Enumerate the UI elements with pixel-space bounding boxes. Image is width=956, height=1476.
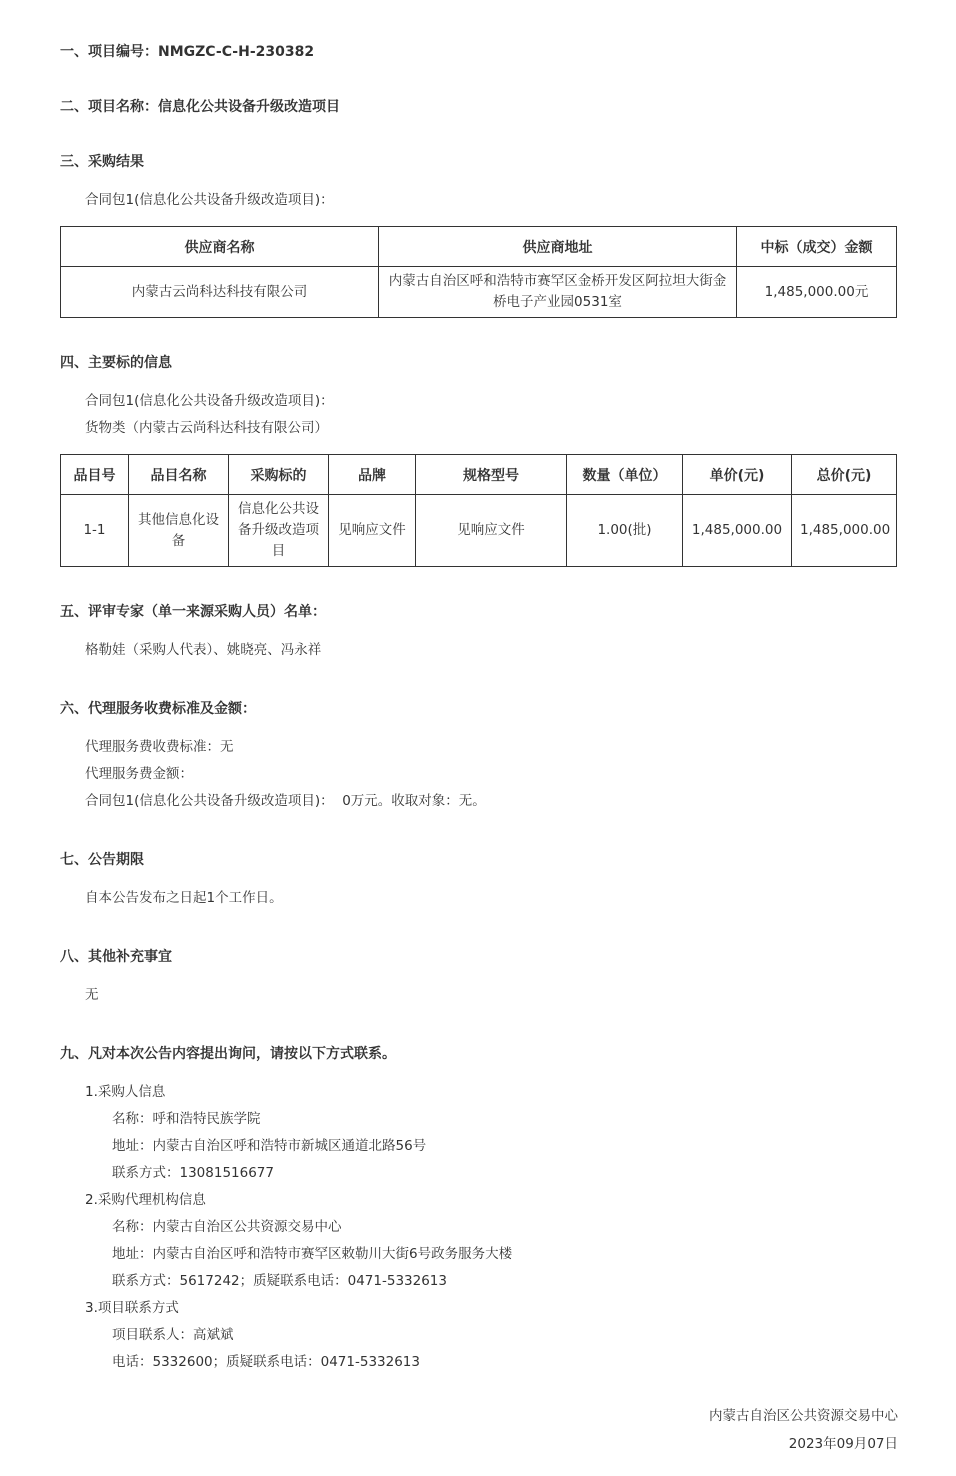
signature-block: 内蒙古自治区公共资源交易中心 2023年09月07日 (60, 1402, 898, 1458)
supplier-table-row: 内蒙古云尚科达科技有限公司 内蒙古自治区呼和浩特市赛罕区金桥开发区阿拉坦大街金桥… (61, 267, 897, 318)
other-matters-content: 无 (85, 982, 898, 1009)
purchaser-phone: 联系方式：13081516677 (112, 1160, 898, 1187)
purchaser-address: 地址：内蒙古自治区呼和浩特市新城区通道北路56号 (112, 1133, 898, 1160)
project-name-heading: 二、项目名称：信息化公共设备升级改造项目 (60, 98, 898, 117)
project-contact-person: 项目联系人：高斌斌 (112, 1322, 898, 1349)
agency-fee-amount-label: 代理服务费金额： (85, 761, 898, 788)
other-matters-heading: 八、其他补充事宜 (60, 948, 898, 967)
unit-price-header: 单价(元) (683, 455, 792, 495)
section-announcement-period: 七、公告期限 自本公告发布之日起1个工作日。 (60, 851, 898, 912)
section-other-matters: 八、其他补充事宜 无 (60, 948, 898, 1009)
subject-table-header-row: 品目号 品目名称 采购标的 品牌 规格型号 数量（单位） 单价(元) 总价(元) (61, 455, 897, 495)
main-subject-package-line: 合同包1(信息化公共设备升级改造项目)： (85, 388, 898, 415)
section-main-subject: 四、主要标的信息 合同包1(信息化公共设备升级改造项目)： 货物类（内蒙古云尚科… (60, 354, 898, 567)
project-contact-title: 3.项目联系方式 (85, 1295, 898, 1322)
item-no-cell: 1-1 (61, 495, 129, 567)
item-name-cell: 其他信息化设备 (129, 495, 229, 567)
section-agency-fee: 六、代理服务收费标准及金额： 代理服务费收费标准：无 代理服务费金额： 合同包1… (60, 700, 898, 815)
brand-cell: 见响应文件 (329, 495, 416, 567)
award-amount-header: 中标（成交）金额 (737, 227, 897, 267)
project-number-label: 一、项目编号： (60, 44, 158, 60)
section-contact: 九、凡对本次公告内容提出询问，请按以下方式联系。 1.采购人信息 名称：呼和浩特… (60, 1045, 898, 1376)
project-number-value: NMGZC-C-H-230382 (158, 44, 314, 60)
total-price-header: 总价(元) (792, 455, 897, 495)
spec-model-cell: 见响应文件 (416, 495, 567, 567)
supplier-name-cell: 内蒙古云尚科达科技有限公司 (61, 267, 379, 318)
project-name-value: 信息化公共设备升级改造项目 (158, 99, 340, 115)
procurement-target-cell: 信息化公共设备升级改造项目 (229, 495, 329, 567)
item-no-header: 品目号 (61, 455, 129, 495)
signature-org: 内蒙古自治区公共资源交易中心 (60, 1402, 898, 1430)
announcement-document: 一、项目编号：NMGZC-C-H-230382 二、项目名称：信息化公共设备升级… (0, 0, 956, 1476)
agency-fee-package-line: 合同包1(信息化公共设备升级改造项目)： 0万元。收取对象：无。 (85, 788, 898, 815)
spec-model-header: 规格型号 (416, 455, 567, 495)
signature-date: 2023年09月07日 (60, 1430, 898, 1458)
agency-fee-heading: 六、代理服务收费标准及金额： (60, 700, 898, 719)
section-project-number: 一、项目编号：NMGZC-C-H-230382 (60, 43, 898, 62)
item-name-header: 品目名称 (129, 455, 229, 495)
announcement-period-content: 自本公告发布之日起1个工作日。 (85, 885, 898, 912)
main-subject-category-line: 货物类（内蒙古云尚科达科技有限公司） (85, 415, 898, 442)
project-number-heading: 一、项目编号：NMGZC-C-H-230382 (60, 43, 898, 62)
brand-header: 品牌 (329, 455, 416, 495)
agency-address: 地址：内蒙古自治区呼和浩特市赛罕区敕勒川大街6号政务服务大楼 (112, 1241, 898, 1268)
supplier-address-cell: 内蒙古自治区呼和浩特市赛罕区金桥开发区阿拉坦大街金桥电子产业园0531室 (379, 267, 737, 318)
procurement-result-heading: 三、采购结果 (60, 153, 898, 172)
section-experts: 五、评审专家（单一来源采购人员）名单： 格勒娃（采购人代表）、姚晓亮、冯永祥 (60, 603, 898, 664)
main-subject-heading: 四、主要标的信息 (60, 354, 898, 373)
section-procurement-result: 三、采购结果 合同包1(信息化公共设备升级改造项目)： 供应商名称 供应商地址 … (60, 153, 898, 318)
award-amount-cell: 1,485,000.00元 (737, 267, 897, 318)
project-contact-phone: 电话：5332600；质疑联系电话：0471-5332613 (112, 1349, 898, 1376)
procurement-result-package-line: 合同包1(信息化公共设备升级改造项目)： (85, 187, 898, 214)
contact-heading: 九、凡对本次公告内容提出询问，请按以下方式联系。 (60, 1045, 898, 1064)
purchaser-name: 名称：呼和浩特民族学院 (112, 1106, 898, 1133)
supplier-name-header: 供应商名称 (61, 227, 379, 267)
supplier-address-header: 供应商地址 (379, 227, 737, 267)
announcement-period-heading: 七、公告期限 (60, 851, 898, 870)
agency-phone: 联系方式：5617242；质疑联系电话：0471-5332613 (112, 1268, 898, 1295)
quantity-header: 数量（单位） (567, 455, 683, 495)
procurement-target-header: 采购标的 (229, 455, 329, 495)
subject-detail-table: 品目号 品目名称 采购标的 品牌 规格型号 数量（单位） 单价(元) 总价(元)… (60, 454, 897, 567)
unit-price-cell: 1,485,000.00 (683, 495, 792, 567)
agency-fee-standard-line: 代理服务费收费标准：无 (85, 734, 898, 761)
project-name-label: 二、项目名称： (60, 99, 158, 115)
experts-names: 格勒娃（采购人代表）、姚晓亮、冯永祥 (85, 637, 898, 664)
subject-table-row: 1-1 其他信息化设备 信息化公共设备升级改造项目 见响应文件 见响应文件 1.… (61, 495, 897, 567)
purchaser-info-title: 1.采购人信息 (85, 1079, 898, 1106)
section-project-name: 二、项目名称：信息化公共设备升级改造项目 (60, 98, 898, 117)
agency-info-title: 2.采购代理机构信息 (85, 1187, 898, 1214)
supplier-table: 供应商名称 供应商地址 中标（成交）金额 内蒙古云尚科达科技有限公司 内蒙古自治… (60, 226, 897, 318)
experts-heading: 五、评审专家（单一来源采购人员）名单： (60, 603, 898, 622)
total-price-cell: 1,485,000.00 (792, 495, 897, 567)
quantity-cell: 1.00(批) (567, 495, 683, 567)
agency-name: 名称：内蒙古自治区公共资源交易中心 (112, 1214, 898, 1241)
supplier-table-header-row: 供应商名称 供应商地址 中标（成交）金额 (61, 227, 897, 267)
